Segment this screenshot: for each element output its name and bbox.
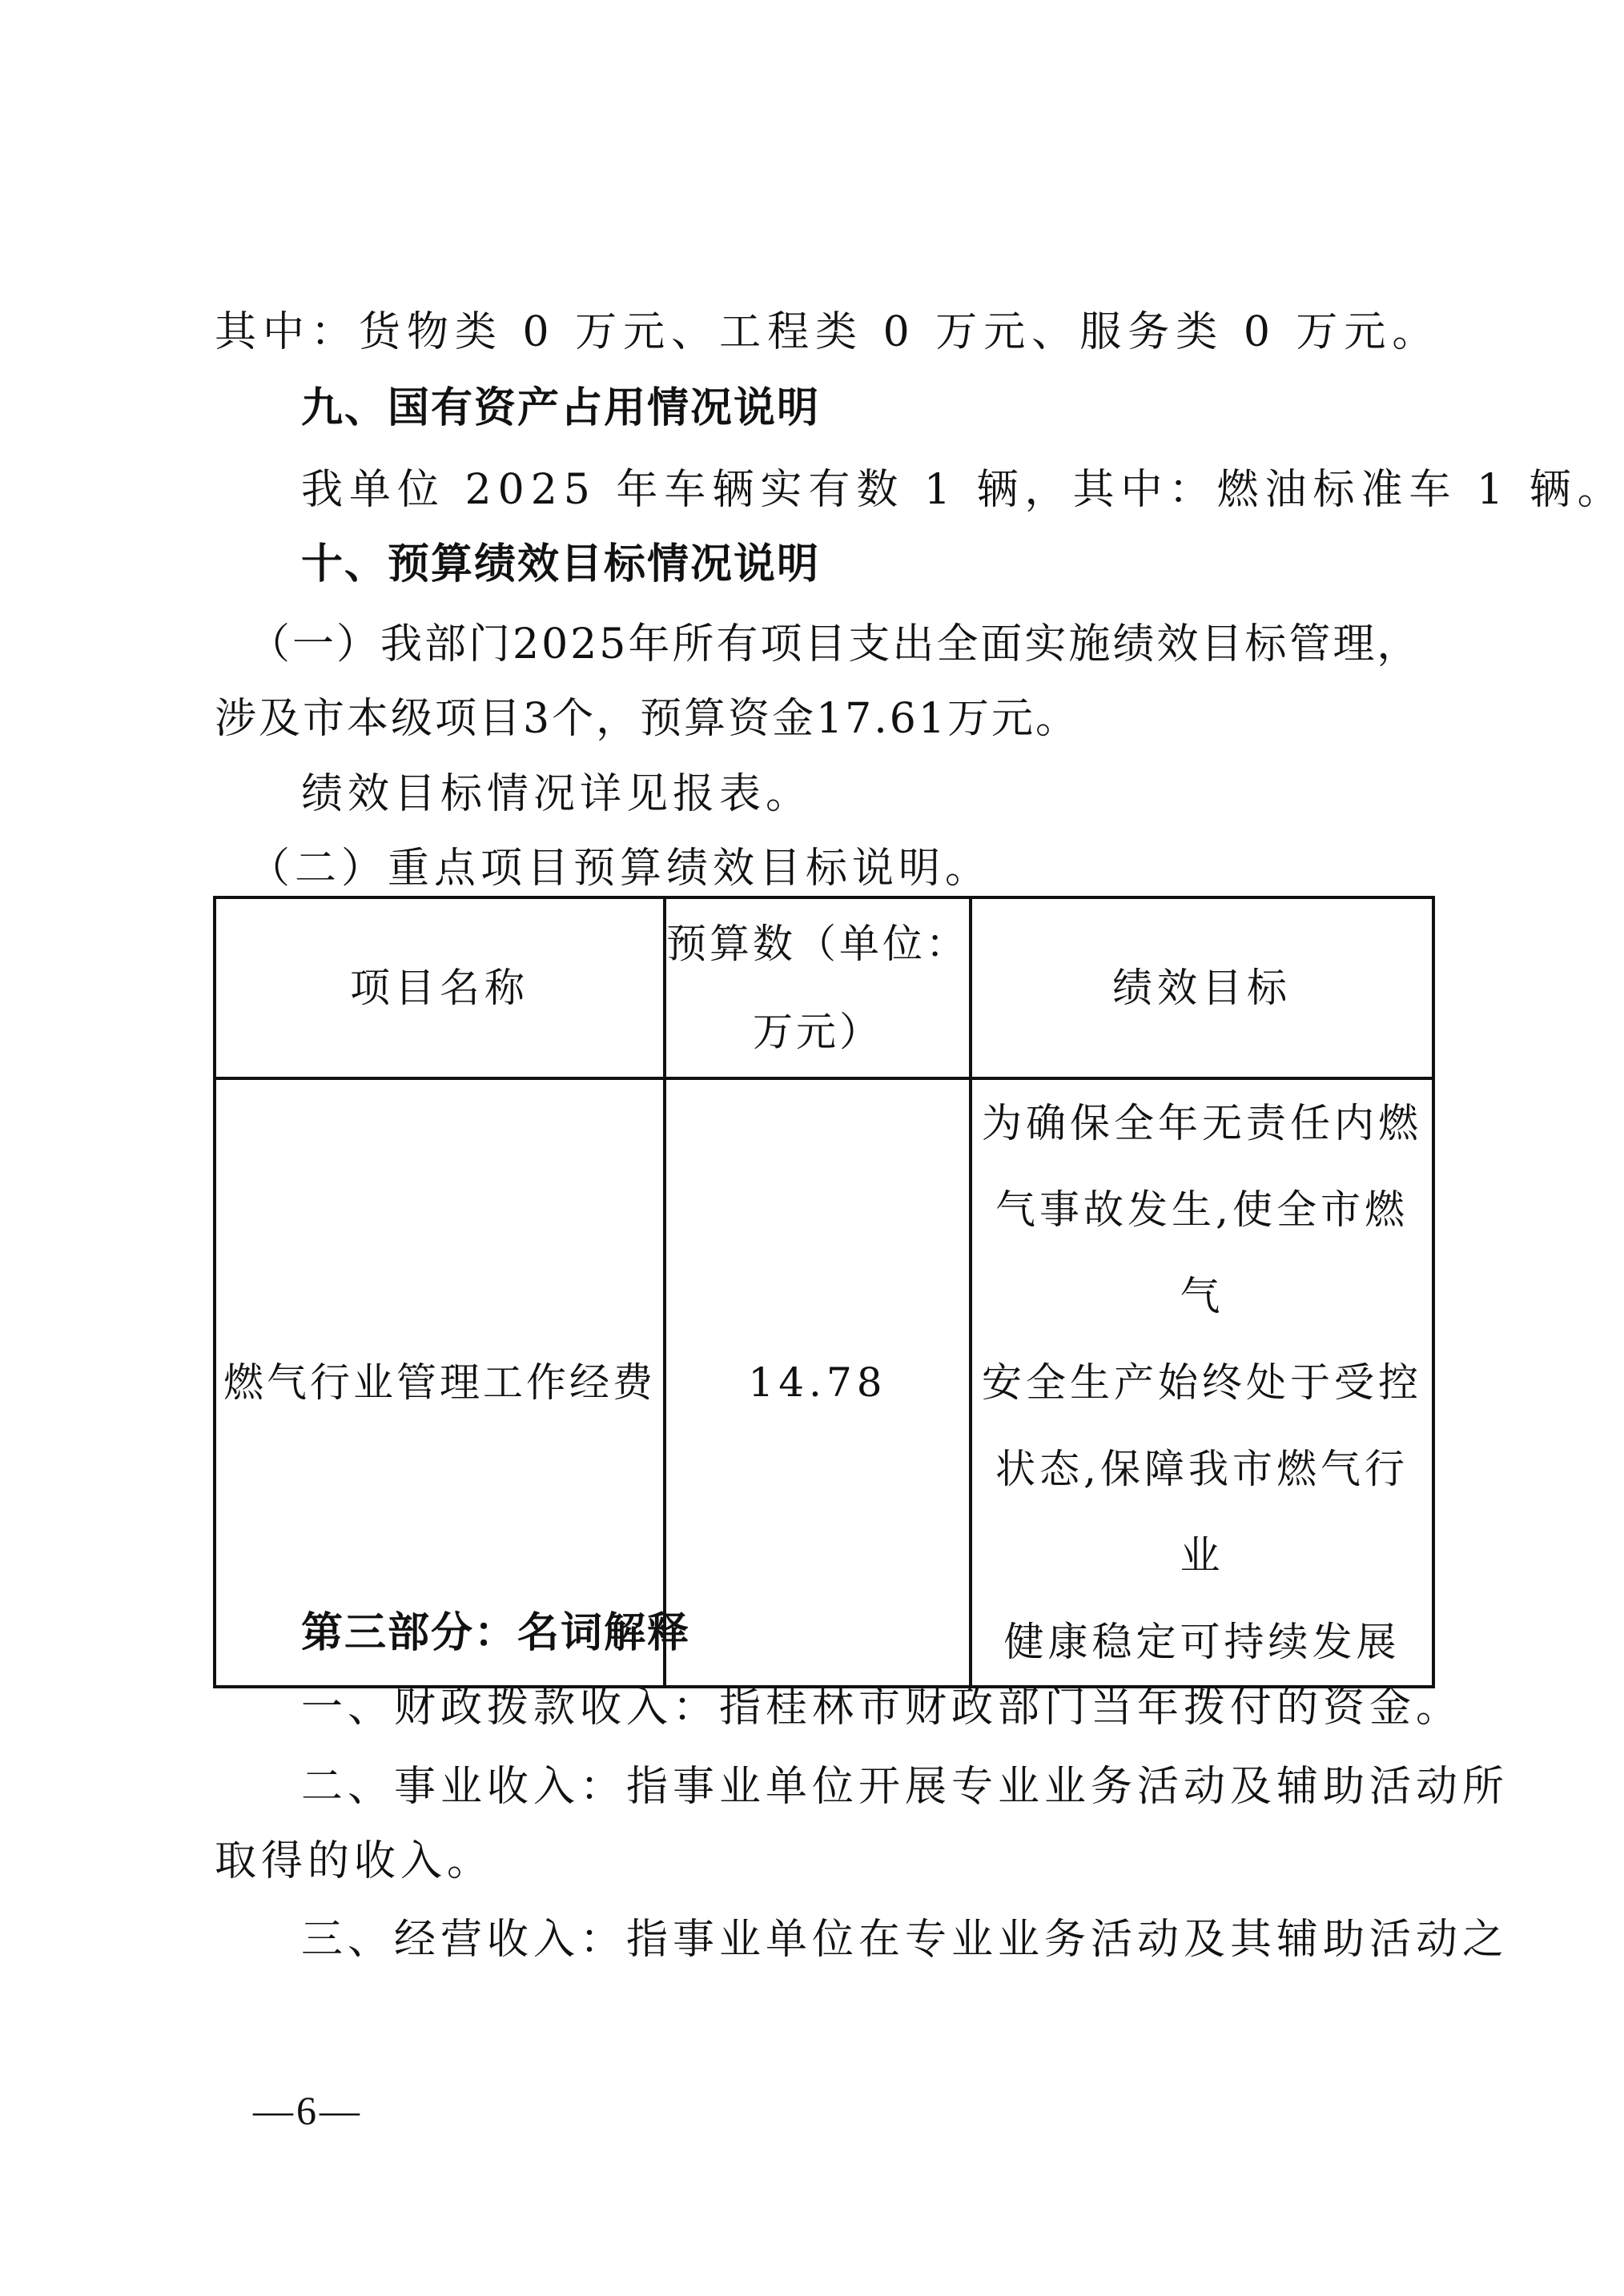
- section-9-body: 我单位 2025 年车辆实有数 1 辆，其中：燃油标准车 1 辆。: [301, 464, 1526, 516]
- section-10-paragraph-3: （二）重点项目预算绩效目标说明。: [248, 843, 1473, 894]
- glossary-item-3-line-1: 三、经营收入：指事业单位在专业业务活动及其辅助活动之: [301, 1914, 1526, 1965]
- section-9-heading: 九、国有资产占用情况说明: [301, 383, 1526, 434]
- section-10-paragraph-1-line-2: 涉及市本级项目3个，预算资金17.61万元。: [215, 693, 1440, 745]
- glossary-item-1: 一、财政拨款收入：指桂林市财政部门当年拨付的资金。: [301, 1682, 1526, 1733]
- goal-line: 安全生产始终处于受控: [975, 1339, 1429, 1426]
- goal-line: 气事故发生,使全市燃气: [975, 1166, 1429, 1339]
- goal-line: 为确保全年无责任内燃: [975, 1080, 1429, 1166]
- procurement-breakdown-text: 其中：货物类 0 万元、工程类 0 万元、服务类 0 万元。: [215, 307, 1440, 358]
- table-row: 燃气行业管理工作经费 14.78 为确保全年无责任内燃 气事故发生,使全市燃气 …: [215, 1078, 1433, 1687]
- header-project-name: 项目名称: [215, 897, 665, 1078]
- document-page: 其中：货物类 0 万元、工程类 0 万元、服务类 0 万元。 九、国有资产占用情…: [0, 0, 1624, 2296]
- goal-line: 状态,保障我市燃气行业: [975, 1426, 1429, 1599]
- header-budget: 预算数（单位： 万元）: [665, 897, 971, 1078]
- section-10-paragraph-2: 绩效目标情况详见报表。: [301, 769, 1526, 820]
- header-performance-goal: 绩效目标: [971, 897, 1433, 1078]
- glossary-item-2-line-2: 取得的收入。: [215, 1836, 1440, 1887]
- header-budget-line-1: 预算数（单位：: [666, 900, 969, 988]
- cell-budget: 14.78: [665, 1078, 971, 1687]
- cell-project-name: 燃气行业管理工作经费: [215, 1078, 665, 1687]
- cell-performance-goal: 为确保全年无责任内燃 气事故发生,使全市燃气 安全生产始终处于受控 状态,保障我…: [971, 1078, 1433, 1687]
- page-number: —6—: [253, 2086, 363, 2134]
- header-budget-line-2: 万元）: [666, 988, 969, 1076]
- table-header-row: 项目名称 预算数（单位： 万元） 绩效目标: [215, 897, 1433, 1078]
- section-10-heading: 十、预算绩效目标情况说明: [301, 539, 1526, 590]
- performance-goal-table: 项目名称 预算数（单位： 万元） 绩效目标 燃气行业管理工作经费 14.78 为…: [213, 896, 1435, 1688]
- part-3-heading: 第三部分：名词解释: [301, 1608, 1526, 1659]
- glossary-item-2-line-1: 二、事业收入：指事业单位开展专业业务活动及辅助活动所: [301, 1761, 1526, 1812]
- section-10-paragraph-1-line-1: （一）我部门2025年所有项目支出全面实施绩效目标管理，: [248, 619, 1473, 670]
